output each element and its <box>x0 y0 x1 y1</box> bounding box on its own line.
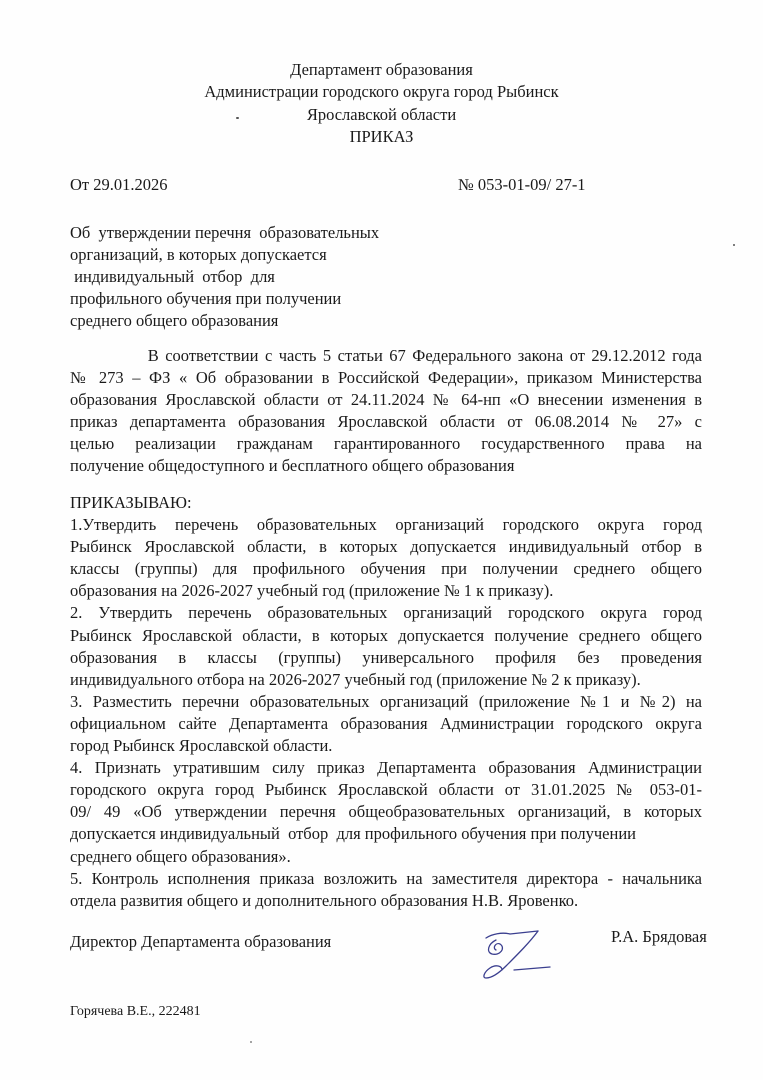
subject-line: среднего общего образования <box>70 310 379 332</box>
order-line: городского округа город Рыбинск Ярославс… <box>70 779 702 801</box>
handwritten-signature-icon <box>478 926 558 982</box>
order-line: 5. Контроль исполнения приказа возложить… <box>70 868 702 890</box>
order-line: 4. Признать утратившим силу приказ Депар… <box>70 757 702 779</box>
order-number: № 053-01-09/ 27-1 <box>458 174 586 196</box>
scan-speck <box>236 117 239 119</box>
order-date: От 29.01.2026 <box>70 174 168 196</box>
executor-contact: Горячева В.Е., 222481 <box>70 1001 201 1023</box>
order-heading: ПРИКАЗЫВАЮ: <box>70 492 702 514</box>
order-section: ПРИКАЗЫВАЮ: 1.Утвердить перечень образов… <box>70 492 702 912</box>
preamble-line: приказ департамента образования Ярославс… <box>70 411 702 433</box>
subject-line: организаций, в которых допускается <box>70 244 379 266</box>
header-region: Ярославской области <box>0 104 763 126</box>
order-line: Рыбинск Ярославской области, в которых д… <box>70 536 702 558</box>
header-department: Департамент образования <box>0 59 763 81</box>
preamble-line: В соответствии с часть 5 статьи 67 Федер… <box>70 345 702 367</box>
signatory-position: Директор Департамента образования <box>70 931 331 953</box>
order-line: 2. Утвердить перечень образовательных ор… <box>70 602 702 624</box>
subject-line: профильного обучения при получении <box>70 288 379 310</box>
preamble-line: целью реализации гражданам гарантированн… <box>70 433 702 455</box>
order-line: 1.Утвердить перечень образовательных орг… <box>70 514 702 536</box>
preamble-line: образования Ярославской области от 24.11… <box>70 389 702 411</box>
order-line: Рыбинск Ярославской области, в которых д… <box>70 625 702 647</box>
preamble-line: получение общедоступного и бесплатного о… <box>70 455 702 477</box>
scan-speck <box>733 244 735 246</box>
subject-line: Об утверждении перечня образовательных <box>70 222 379 244</box>
order-line: 3. Разместить перечни образовательных ор… <box>70 691 702 713</box>
document-type-title: ПРИКАЗ <box>0 126 763 148</box>
subject-line: индивидуальный отбор для <box>70 266 379 288</box>
order-line: индивидуального отбора на 2026-2027 учеб… <box>70 669 702 691</box>
order-subject: Об утверждении перечня образовательных о… <box>70 222 379 332</box>
order-line: допускается индивидуальный отбор для про… <box>70 823 702 845</box>
header-administration: Администрации городского округа город Ры… <box>0 81 763 103</box>
order-line: официальном сайте Департамента образован… <box>70 713 702 735</box>
signatory-name: Р.А. Брядовая <box>611 926 707 948</box>
order-line: образования на 2026-2027 учебный год (пр… <box>70 580 702 602</box>
preamble-paragraph: В соответствии с часть 5 статьи 67 Федер… <box>70 345 702 478</box>
order-line: отдела развития общего и дополнительного… <box>70 890 702 912</box>
document-page: Департамент образования Администрации го… <box>0 0 763 1080</box>
order-line: классы (группы) для профильного обучения… <box>70 558 702 580</box>
order-line: 09/ 49 «Об утверждении перечня общеобраз… <box>70 801 702 823</box>
order-line: город Рыбинск Ярославской области. <box>70 735 702 757</box>
order-line: среднего общего образования». <box>70 846 702 868</box>
order-line: образования в классы (группы) универсаль… <box>70 647 702 669</box>
preamble-line: № 273 – ФЗ « Об образовании в Российской… <box>70 367 702 389</box>
scan-speck <box>250 1041 252 1043</box>
